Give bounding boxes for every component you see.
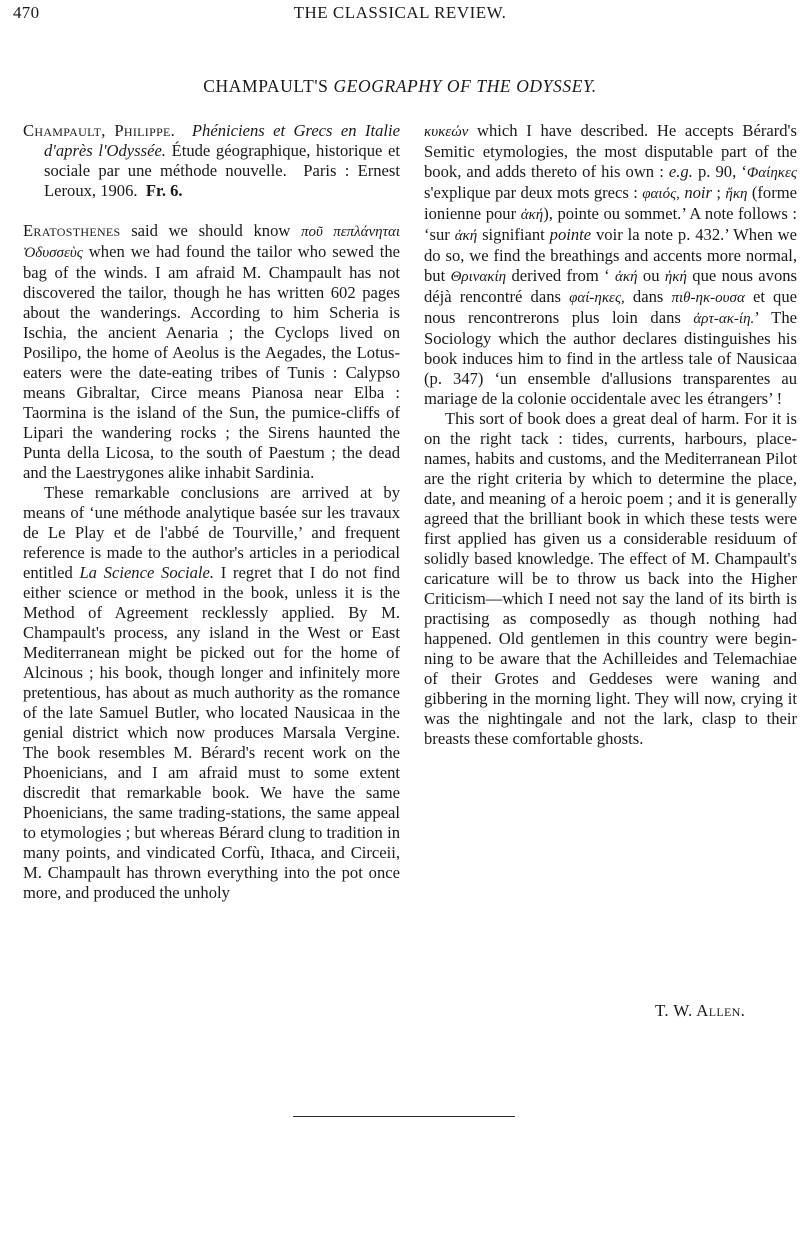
right-column: κυκεών which I have described. He accept… <box>424 121 797 749</box>
article-title-italic: GEOGRAPHY OF THE ODYSSEY. <box>333 76 596 96</box>
greek-kykeon: κυκεών <box>424 124 468 140</box>
paragraph-2: These remarkable conclusions are arrived… <box>23 483 400 903</box>
article-title-plain: CHAMPAULT'S <box>203 76 333 96</box>
periodical-title: La Science Sociale. <box>79 563 214 582</box>
left-column: Champault, Philippe. Phéniciens et Grecs… <box>23 121 400 903</box>
paragraph-3: This sort of book does a great deal of h… <box>424 409 797 749</box>
article-title: CHAMPAULT'S GEOGRAPHY OF THE ODYSSEY. <box>0 76 800 97</box>
author-signature: T. W. Allen. <box>655 1001 745 1021</box>
book-author: Champault, Philippe. <box>23 121 175 140</box>
running-head: THE CLASSICAL REVIEW. <box>0 3 800 23</box>
bibliographic-entry: Champault, Philippe. Phéniciens et Grecs… <box>23 121 400 201</box>
paragraph-2-continued: κυκεών which I have described. He accept… <box>424 121 797 409</box>
book-price: Fr. 6. <box>146 181 183 200</box>
lead-word: Eratosthenes <box>23 221 121 240</box>
paragraph-1: Eratosthenes said we should know ποῦ πεπ… <box>23 221 400 483</box>
end-rule-divider <box>293 1116 515 1117</box>
